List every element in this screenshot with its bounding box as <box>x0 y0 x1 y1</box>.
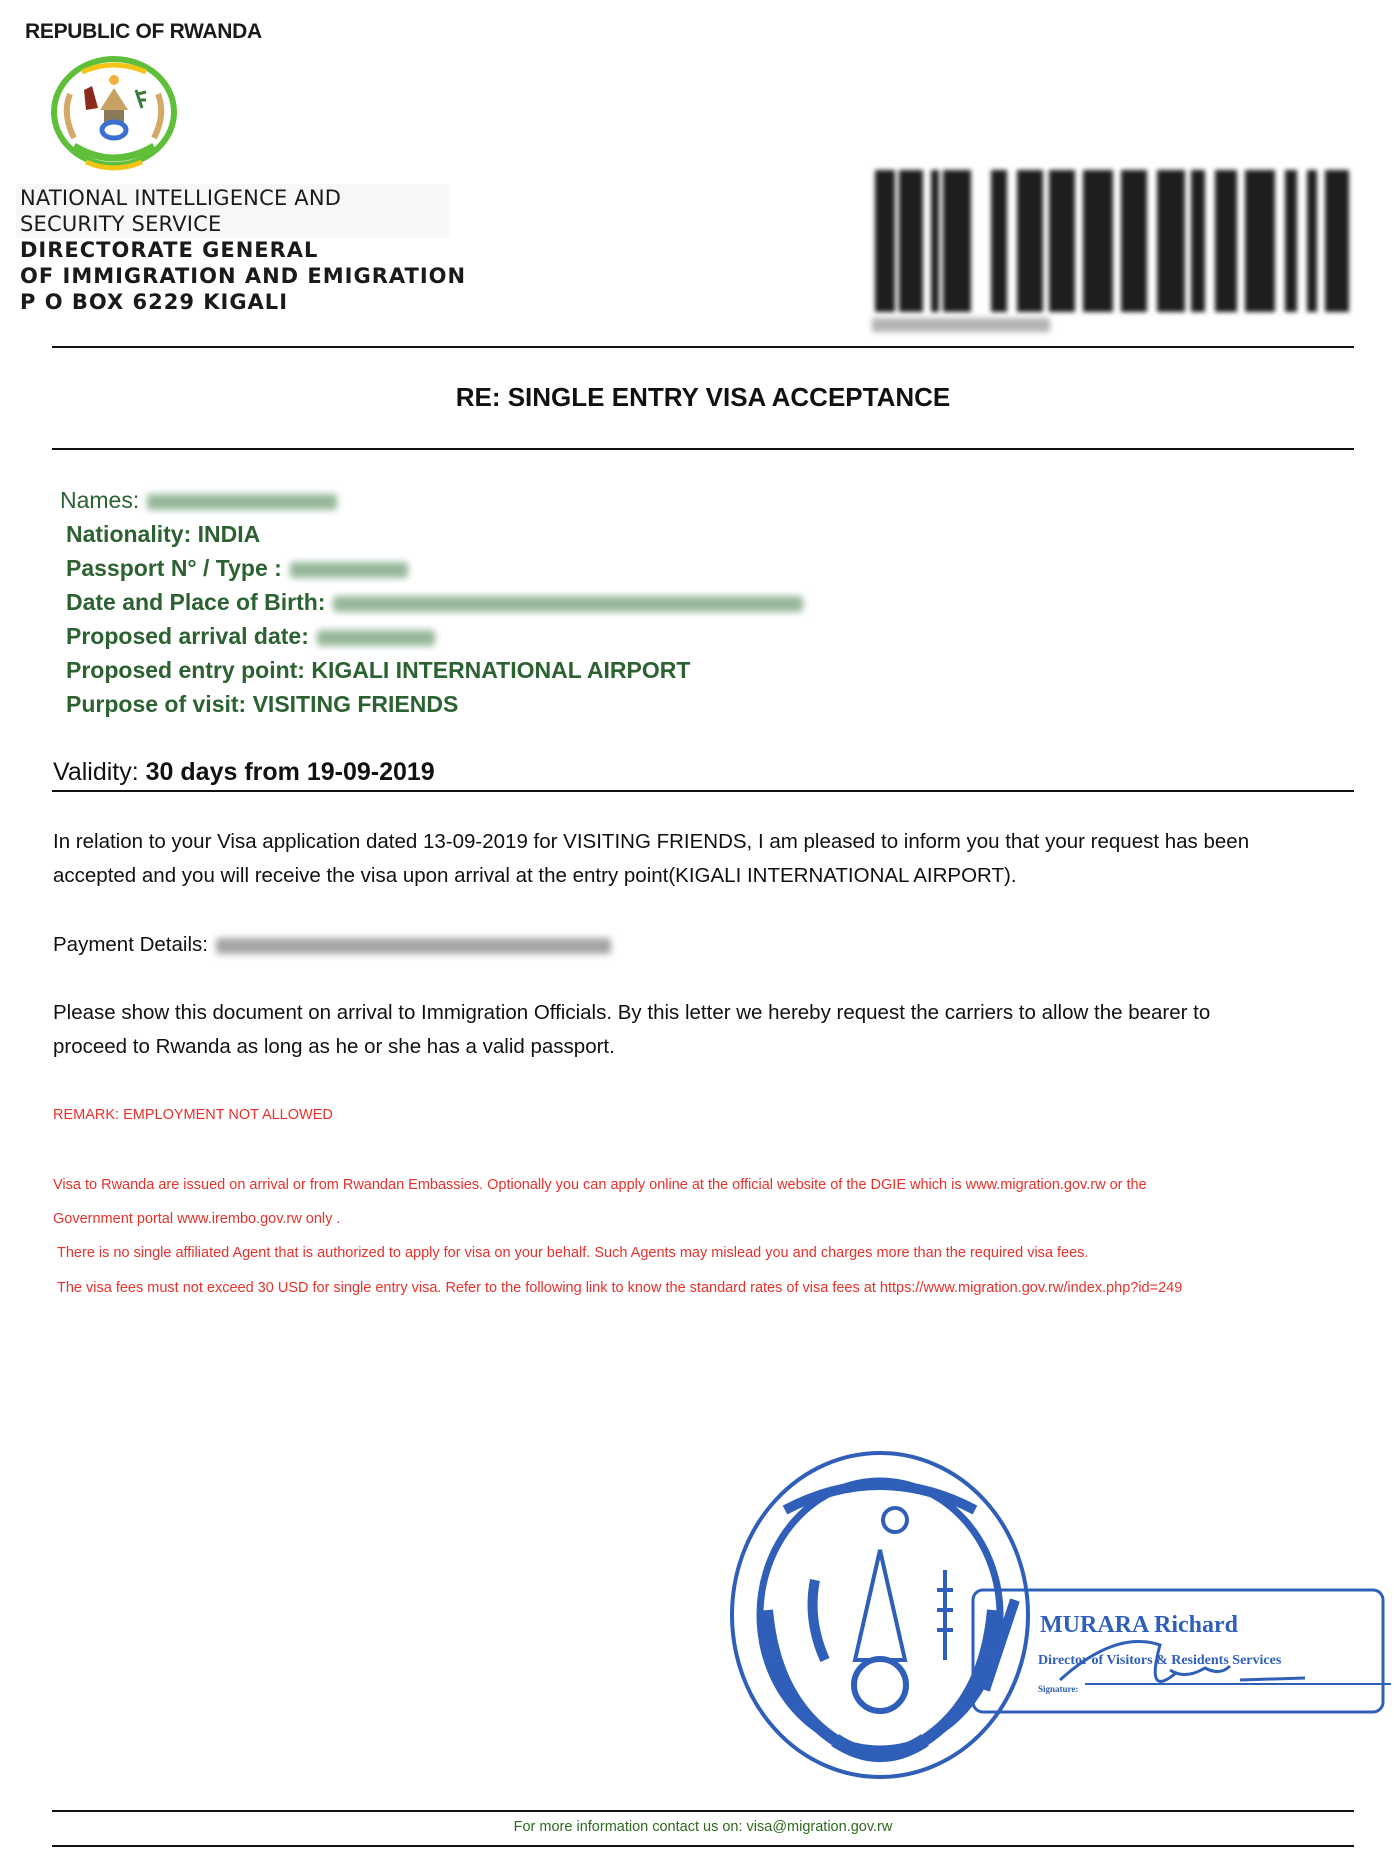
employment-remark: REMARK: EMPLOYMENT NOT ALLOWED <box>53 1107 333 1123</box>
relation-paragraph-line-1: In relation to your Visa application dat… <box>53 830 1249 854</box>
arrival-date-field: Proposed arrival date: <box>66 623 435 650</box>
birth-label: Date and Place of Birth: <box>66 589 325 615</box>
relation-paragraph-line-2: accepted and you will receive the visa u… <box>53 864 1017 888</box>
rwanda-coat-of-arms-icon <box>40 50 188 178</box>
passport-label: Passport N° / Type : <box>66 555 282 581</box>
barcode-icon <box>867 170 1359 312</box>
validity-line: Validity: 30 days from 19-09-2019 <box>53 758 435 787</box>
notice-line-4: The visa fees must not exceed 30 USD for… <box>57 1280 1182 1296</box>
letter-title: RE: SINGLE ENTRY VISA ACCEPTANCE <box>0 382 1394 413</box>
birth-value-redacted <box>333 596 803 612</box>
org-line-5: P O BOX 6229 KIGALI <box>20 290 288 314</box>
footer-contact: For more information contact us on: visa… <box>0 1819 1394 1835</box>
purpose-field: Purpose of visit: VISITING FRIENDS <box>66 691 458 718</box>
show-document-line-2: proceed to Rwanda as long as he or she h… <box>53 1035 615 1059</box>
names-value-redacted <box>147 494 337 510</box>
signatory-title: Director of Visitors & Residents Service… <box>1038 1653 1282 1668</box>
entry-label: Proposed entry point: <box>66 657 305 683</box>
entry-point-field: Proposed entry point: KIGALI INTERNATION… <box>66 657 690 684</box>
show-document-line-1: Please show this document on arrival to … <box>53 1001 1210 1025</box>
org-line-3: DIRECTORATE GENERAL <box>20 238 318 262</box>
org-line-4: OF IMMIGRATION AND EMIGRATION <box>20 264 466 288</box>
payment-value-redacted <box>216 938 611 954</box>
barcode-number-redacted <box>872 318 1050 332</box>
names-field: Names: <box>60 487 337 514</box>
org-line-2: SECURITY SERVICE <box>20 212 221 236</box>
validity-label: Validity: <box>53 758 139 786</box>
payment-label: Payment Details: <box>53 933 208 956</box>
arrival-label: Proposed arrival date: <box>66 623 309 649</box>
nationality-field: Nationality: INDIA <box>66 521 260 548</box>
nationality-value: INDIA <box>198 521 261 547</box>
passport-value-redacted <box>290 562 408 578</box>
divider <box>52 448 1354 450</box>
org-line-1: NATIONAL INTELLIGENCE AND <box>20 186 341 210</box>
birth-field: Date and Place of Birth: <box>66 589 803 616</box>
divider <box>52 790 1354 792</box>
notice-line-3: There is no single affiliated Agent that… <box>57 1245 1088 1261</box>
notice-line-1: Visa to Rwanda are issued on arrival or … <box>53 1177 1147 1193</box>
entry-value: KIGALI INTERNATIONAL AIRPORT <box>311 657 690 683</box>
divider <box>52 1810 1354 1812</box>
nationality-label: Nationality: <box>66 521 191 547</box>
names-label: Names: <box>60 487 139 513</box>
signature-label: Signature: <box>1038 1684 1078 1694</box>
passport-field: Passport N° / Type : <box>66 555 408 582</box>
official-seal-stamp-icon: MURARA Richard Director of Visitors & Re… <box>715 1440 1394 1790</box>
payment-details: Payment Details: <box>53 933 611 957</box>
divider <box>52 1845 1354 1847</box>
signatory-name: MURARA Richard <box>1040 1612 1239 1638</box>
divider <box>52 346 1354 348</box>
purpose-label: Purpose of visit: <box>66 691 246 717</box>
purpose-value: VISITING FRIENDS <box>253 691 459 717</box>
notice-line-2: Government portal www.irembo.gov.rw only… <box>53 1211 340 1227</box>
country-heading: REPUBLIC OF RWANDA <box>25 20 262 44</box>
validity-value: 30 days from 19-09-2019 <box>146 758 435 786</box>
arrival-value-redacted <box>317 630 435 646</box>
